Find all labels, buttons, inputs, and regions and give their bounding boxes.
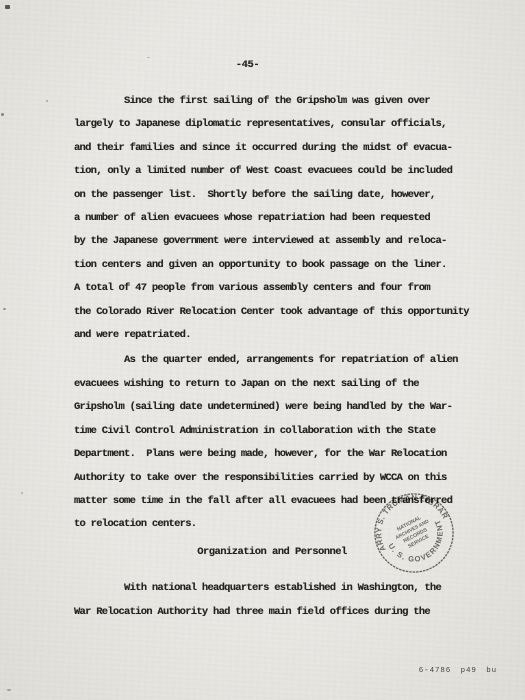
- scan-speck: [1, 113, 4, 116]
- scan-speck: [21, 492, 23, 494]
- scan-speck: [5, 5, 10, 9]
- scan-speck: [7, 689, 11, 691]
- scanned-document-page: -45- Since the first sailing of the Grip…: [0, 0, 525, 700]
- archive-reference-code: 6-4786 p49 bu: [419, 666, 497, 676]
- paragraph-gripsholm-first-sailing: Since the first sailing of the Gripsholm…: [74, 90, 484, 347]
- paragraph-national-headquarters: With national headquarters established i…: [74, 577, 484, 624]
- scan-speck: [46, 100, 48, 102]
- scan-speck: [147, 57, 150, 58]
- scan-speck: [3, 308, 6, 310]
- page-number: -45-: [0, 58, 495, 72]
